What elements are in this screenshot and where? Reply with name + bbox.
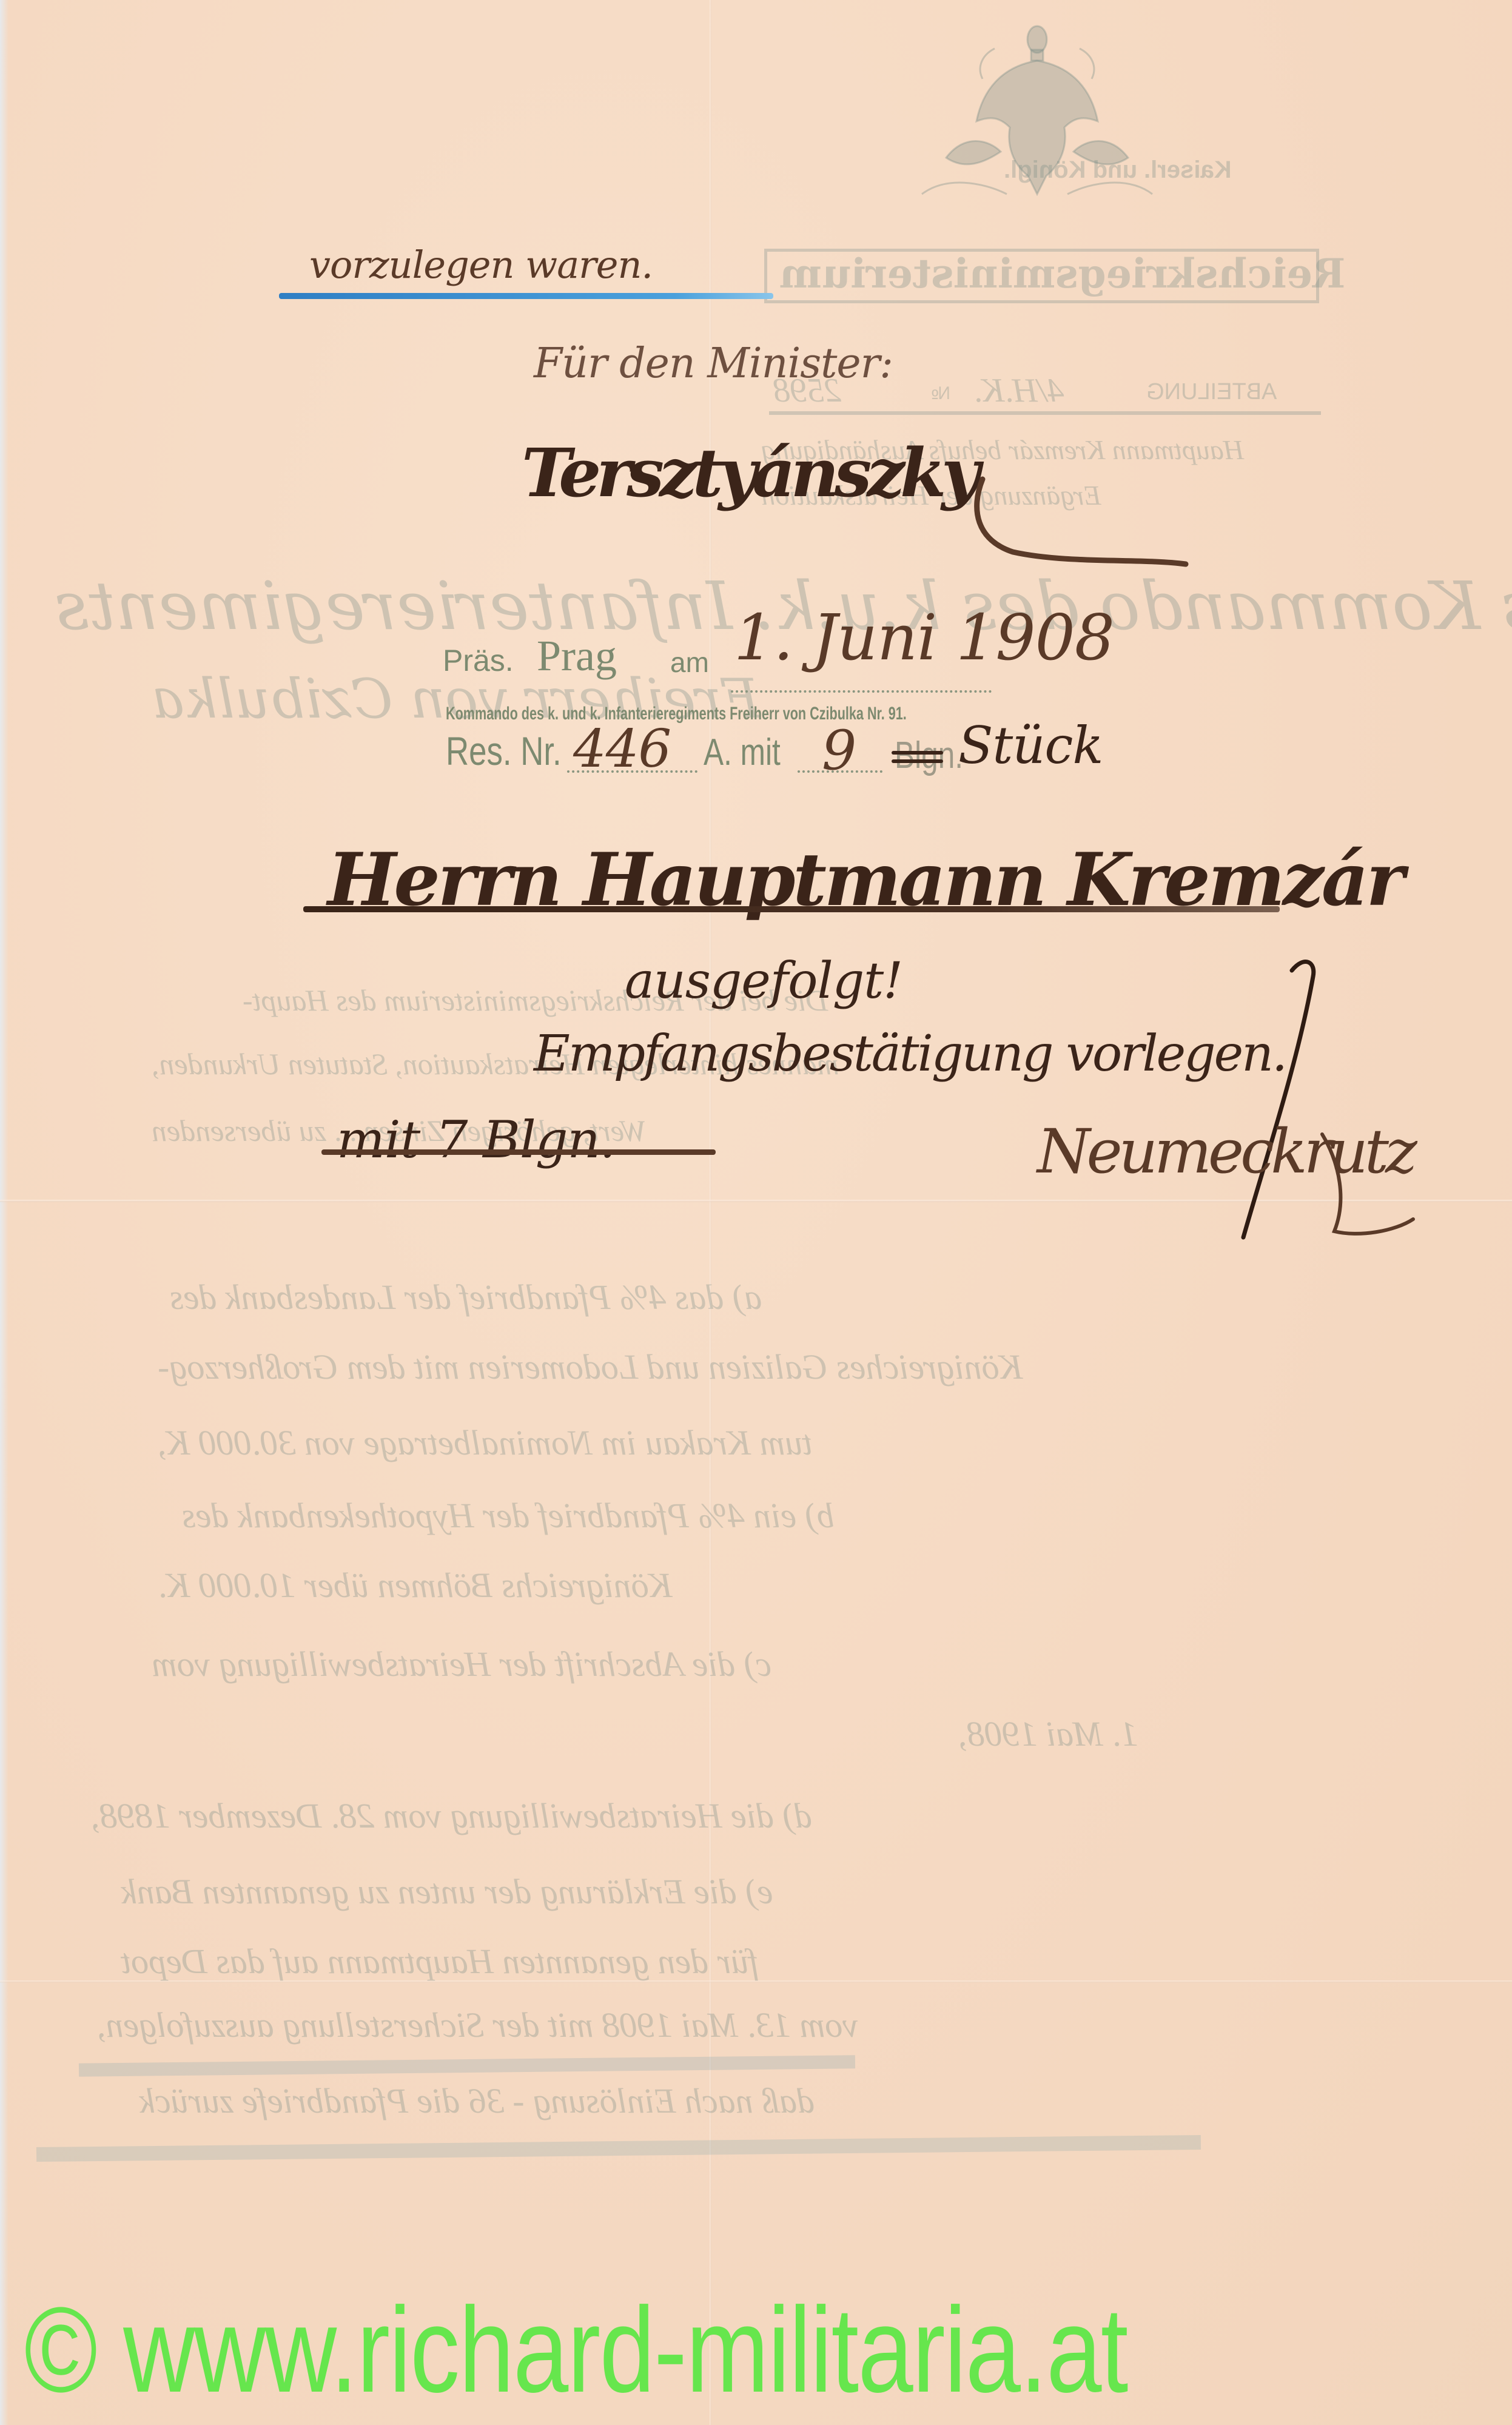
stamp-date: 1. Juni 1908 (734, 600, 1114, 674)
stamp-am-label: am (670, 646, 709, 679)
stamp-blgn-label: Blgn. (895, 734, 963, 777)
letterhead-line1: Kaiserl. und Königl. (1004, 156, 1232, 184)
stamp-stueck: Stück (958, 716, 1103, 775)
bleed-item-c2: 1. Mai 1908, (958, 1714, 1138, 1754)
strike-line-1 (892, 751, 943, 755)
bleed-item-c1: c) die Abschrift der Heiratsbewilligung … (152, 1644, 771, 1684)
bleed-item-e2: für den genannten Hauptmann auf das Depo… (121, 1941, 758, 1982)
stamp-pras-label: Präs. (443, 643, 514, 678)
letterhead-ministry: Reichskriegsministerium (779, 250, 1345, 297)
bleed-item-a3: tum Krakau im Nominalbetrage von 30.000 … (158, 1422, 812, 1463)
number-label: № (931, 383, 950, 404)
enclosures-text: mit 7 Blgn. (337, 1110, 615, 1169)
blue-pencil-underline (279, 293, 773, 299)
stamp-res-number: 446 (573, 719, 671, 779)
stamp-count: 9 (822, 719, 856, 782)
copyright-watermark: © www.richard-militaria.at (24, 2290, 1127, 2411)
signature-tail-icon (1298, 1128, 1431, 1249)
strike-line-2 (892, 759, 943, 763)
note-vorzulegen: vorzulegen waren. (309, 243, 653, 287)
department-value: 4/H.K. (973, 371, 1064, 410)
for-minister-text: Für den Minister: (534, 340, 893, 388)
department-label: ABTEILUNG (1146, 379, 1277, 405)
letterhead-rule (769, 411, 1321, 415)
enclosures-underline (321, 1149, 716, 1155)
stamp-res-label: Res. Nr. (446, 728, 562, 774)
bleed-item-a2: Königreiches Galizien und Lodomerien mit… (158, 1347, 1023, 1387)
stamp-a-mit-label: A. mit (704, 731, 781, 774)
stamp-date-line (731, 690, 992, 693)
issued-text: ausgefolgt! (625, 952, 902, 1010)
bleed-item-b1: b) ein 4% Pfandbrief der Hypothekenbank … (182, 1495, 835, 1536)
stamp-city: Prag (537, 631, 617, 681)
signature-minister: Tersztyánszky (522, 434, 975, 512)
receipt-request-text: Empfangsbestätigung vorlegen. (534, 1025, 1286, 1083)
bleed-item-d1: d) die Heiratsbewilligung vom 28. Dezemb… (91, 1795, 812, 1836)
bleed-item-e4: daß nach Einlösung - 36 die Pfandbriefe … (139, 2080, 815, 2121)
bleed-item-a1: a) das 4% Pfandbrief der Landesbank des (170, 1277, 762, 1317)
bleed-item-e1: e) die Erklärung der unten zu genannten … (121, 1871, 773, 1912)
signature-flourish-icon (970, 473, 1201, 576)
bleed-item-b2: Königreichs Böhmen über 10.000 K. (158, 1565, 672, 1606)
bleed-item-e3: vom 13. Mai 1908 mit der Sicherstellung … (97, 2005, 858, 2045)
recipient-underline (303, 906, 1280, 912)
